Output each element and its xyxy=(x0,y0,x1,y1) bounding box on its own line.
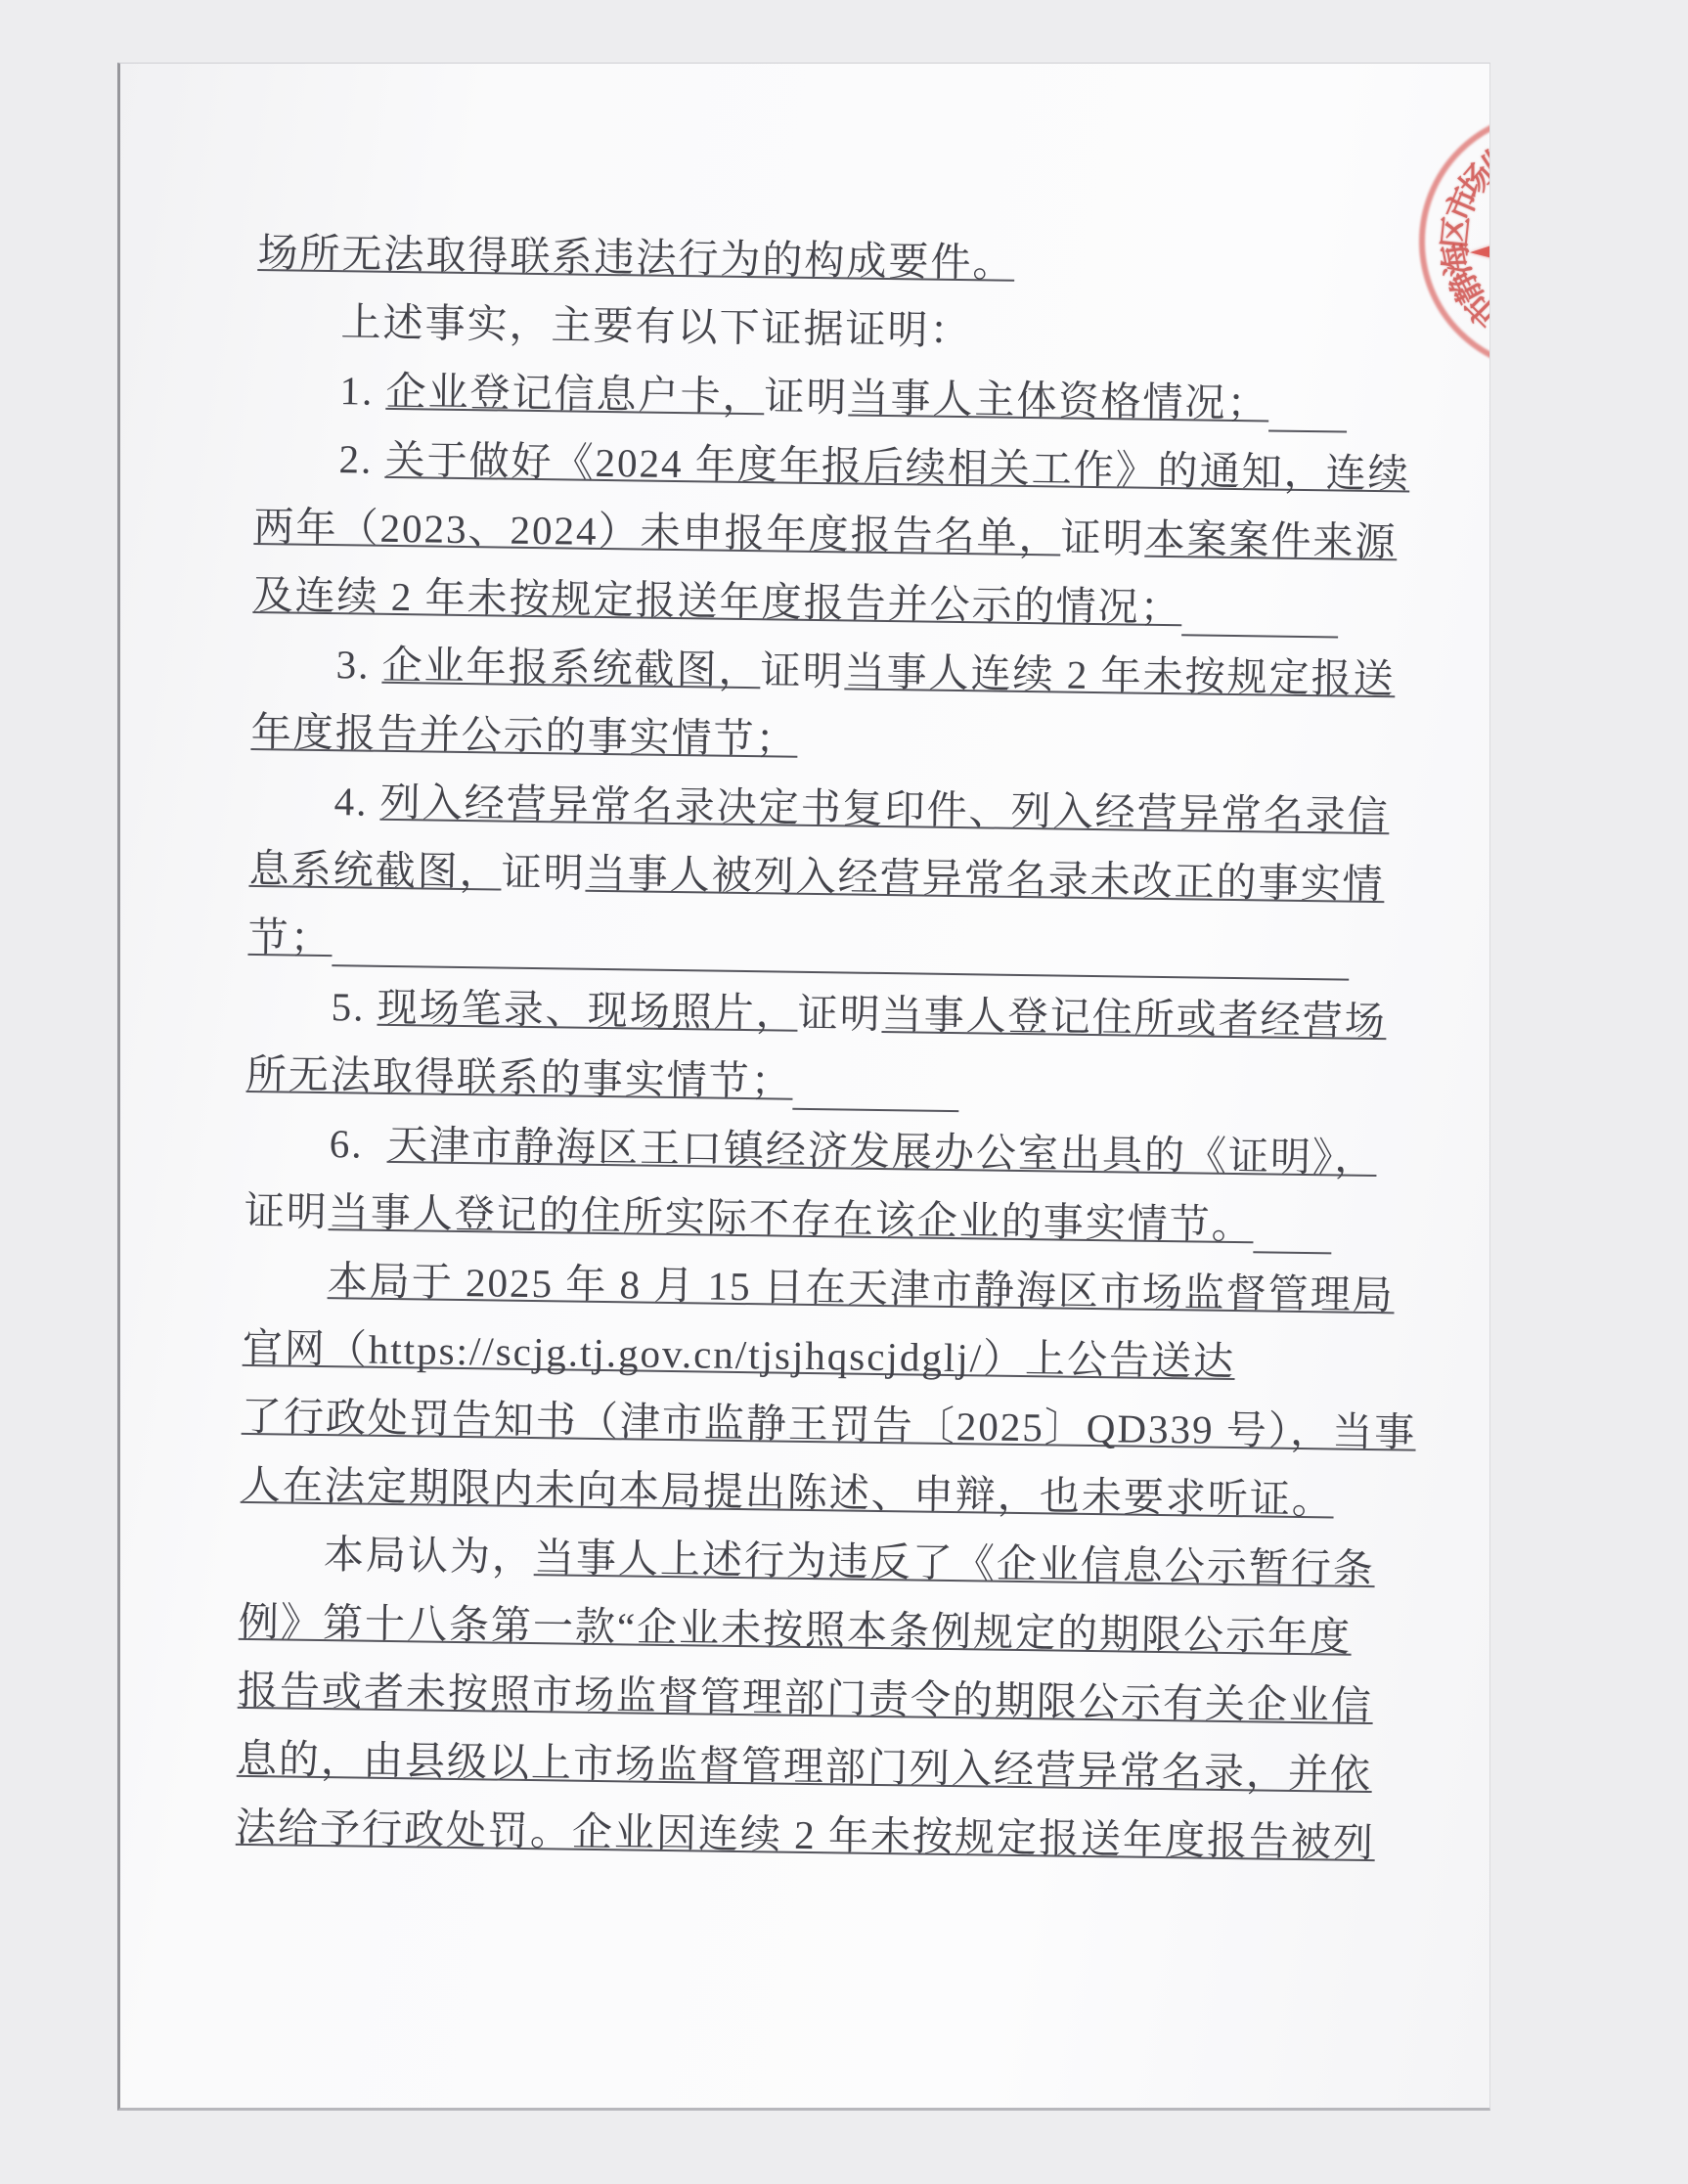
text-run: 5. xyxy=(331,984,378,1030)
text-run: 本局于 2025 年 8 月 15 日在天津市静海区市场监督管理局 xyxy=(328,1258,1396,1317)
text-run: 当事人连续 2 年未按规定报送 xyxy=(844,648,1396,701)
text-run: 官网（https://scjg.tj.gov.cn/tjsjhqscjdglj/… xyxy=(243,1325,1236,1384)
document-line: 法给予行政处罚。企业因连续 2 年未按规定报送年度报告被列 xyxy=(236,1793,1361,1877)
text-run: 2. xyxy=(338,436,385,482)
document-text: 场所无法取得联系违法行为的构成要件。上述事实，主要有以下证据证明：1. 企业登记… xyxy=(236,218,1383,1877)
seal-character: 海 xyxy=(1429,240,1480,280)
text-run: 当事人上述行为违反了《企业信息公示暂行条 xyxy=(534,1535,1376,1591)
text-run: 当事人登记住所或者经营场 xyxy=(881,992,1387,1044)
text-run: 本局认为， xyxy=(324,1532,535,1580)
text-run: 天津市静海区王口镇经济发展办公室出具的《证明》， xyxy=(387,1122,1377,1181)
seal-character: 区 xyxy=(1428,213,1477,250)
text-run: 企业登记信息户卡， xyxy=(385,369,765,419)
text-run: 关于做好《2024 年度年报后续相关工作》的通知，连续 xyxy=(384,437,1410,497)
seal-ring-icon xyxy=(1419,111,1490,373)
text-run: 企业年报系统截图， xyxy=(381,643,761,692)
text-run: 证明 xyxy=(501,850,586,896)
text-run: 6. xyxy=(329,1121,387,1167)
text-run: 例》第十八条第一款“企业未按照本条例规定的期限公示年度 xyxy=(239,1599,1353,1660)
seal-character: 市 xyxy=(1453,283,1490,338)
text-run: 节； xyxy=(247,914,333,960)
text-run: 当事人登记的住所实际不存在该企业的事实情节。 xyxy=(328,1189,1254,1247)
seal-character: 监 xyxy=(1471,131,1490,187)
underline-extension xyxy=(1268,369,1348,438)
text-run: 两年（2023、2024）未申报年度报告名单， xyxy=(253,504,1061,560)
underline-extension xyxy=(792,1047,959,1118)
scanned-document-photo: { "meta": { "kind": "scanned administrat… xyxy=(0,0,1688,2184)
text-run: 法给予行政处罚。企业因连续 2 年未按规定报送年度报告被列 xyxy=(236,1805,1376,1865)
text-run: 了行政处罚告知书（津市监静王罚告〔2025〕QD339 号），当事 xyxy=(242,1394,1417,1455)
text-run: 4. xyxy=(333,779,380,825)
text-run: 人在法定期限内未向本局提出陈述、申辩，也未要求听证。 xyxy=(241,1462,1335,1523)
text-run: 当事人主体资格情况； xyxy=(848,375,1269,425)
seal-character: 静 xyxy=(1436,262,1490,312)
seal-character: 场 xyxy=(1447,152,1490,205)
text-run: 场所无法取得联系违法行为的构成要件。 xyxy=(257,230,1015,286)
text-run: 证明 xyxy=(764,374,849,420)
text-run: 3. xyxy=(335,642,382,688)
text-run: 1. xyxy=(339,368,386,414)
text-run: 证明 xyxy=(244,1188,330,1234)
underline-extension xyxy=(1181,573,1339,644)
text-run: 报告或者未按照市场监督管理部门责令的期限公示有关企业信 xyxy=(238,1668,1374,1728)
seal-star-icon: ★ xyxy=(1452,194,1490,305)
text-run: 上述事实，主要有以下证据证明： xyxy=(340,299,972,353)
text-run: 证明 xyxy=(760,647,845,693)
text-run: 息的，由县级以上市场监督管理部门列入经营异常名录，并依 xyxy=(237,1736,1373,1797)
text-run: 现场笔录、现场照片， xyxy=(377,985,798,1036)
text-run: 及连续 2 年未按规定报送年度报告并公示的情况； xyxy=(252,572,1182,630)
text-run: 列入经营异常名录决定书复印件、列入经营异常名录信 xyxy=(379,780,1390,838)
text-run: 证明 xyxy=(797,991,882,1037)
text-run: 本案案件来源 xyxy=(1144,516,1398,565)
text-run: 年度报告并公示的事实情节； xyxy=(250,709,798,762)
text-run: 息系统截图， xyxy=(248,846,502,895)
paper-page: ★ 市静海区市场监 场所无法取得联系违法行为的构成要件。上述事实，主要有以下证据… xyxy=(117,63,1490,2111)
official-seal: ★ 市静海区市场监 xyxy=(1413,105,1490,379)
text-run: 所无法取得联系的事实情节； xyxy=(245,1051,793,1104)
underline-extension xyxy=(1253,1190,1332,1260)
seal-character: 市 xyxy=(1433,180,1488,228)
text-run: 证明 xyxy=(1060,514,1145,560)
text-run: 当事人被列入经营异常名录未改正的事实情 xyxy=(585,851,1385,907)
